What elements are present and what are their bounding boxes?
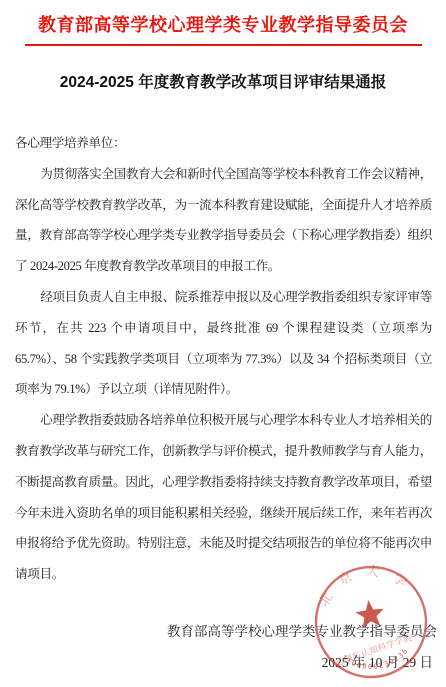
doc-body: 各心理学培养单位： 为贯彻落实全国教育大会和新时代全国高等学校本科教育工作会议精…	[15, 128, 432, 590]
signature-date: 2025 年 10 月 29 日	[0, 647, 433, 678]
paragraph-2: 经项目负责人自主申报、院系推荐申报以及心理学教指委组织专家评审等环节，在共 22…	[15, 282, 432, 405]
paragraph-3: 心理学教指委鼓励各培养单位积极开展与心理学本科专业人才培养相关的教育教学改革与研…	[15, 405, 432, 590]
header-org-title: 教育部高等学校心理学类专业教学指导委员会	[20, 0, 426, 37]
header-rule	[25, 44, 422, 46]
paragraph-1: 为贯彻落实全国教育大会和新时代全国高等学校本科教育工作会议精神，深化高等学校教育…	[15, 159, 432, 282]
doc-title: 2024-2025 年度教育教学改革项目评审结果通报	[10, 72, 436, 94]
signature-org: 教育部高等学校心理学类专业教学指导委员会	[0, 616, 437, 647]
closing-block: 教育部高等学校心理学类专业教学指导委员会 2025 年 10 月 29 日	[0, 616, 446, 678]
document-page: 教育部高等学校心理学类专业教学指导委员会 2024-2025 年度教育教学改革项…	[0, 0, 446, 687]
salutation: 各心理学培养单位：	[15, 128, 432, 159]
